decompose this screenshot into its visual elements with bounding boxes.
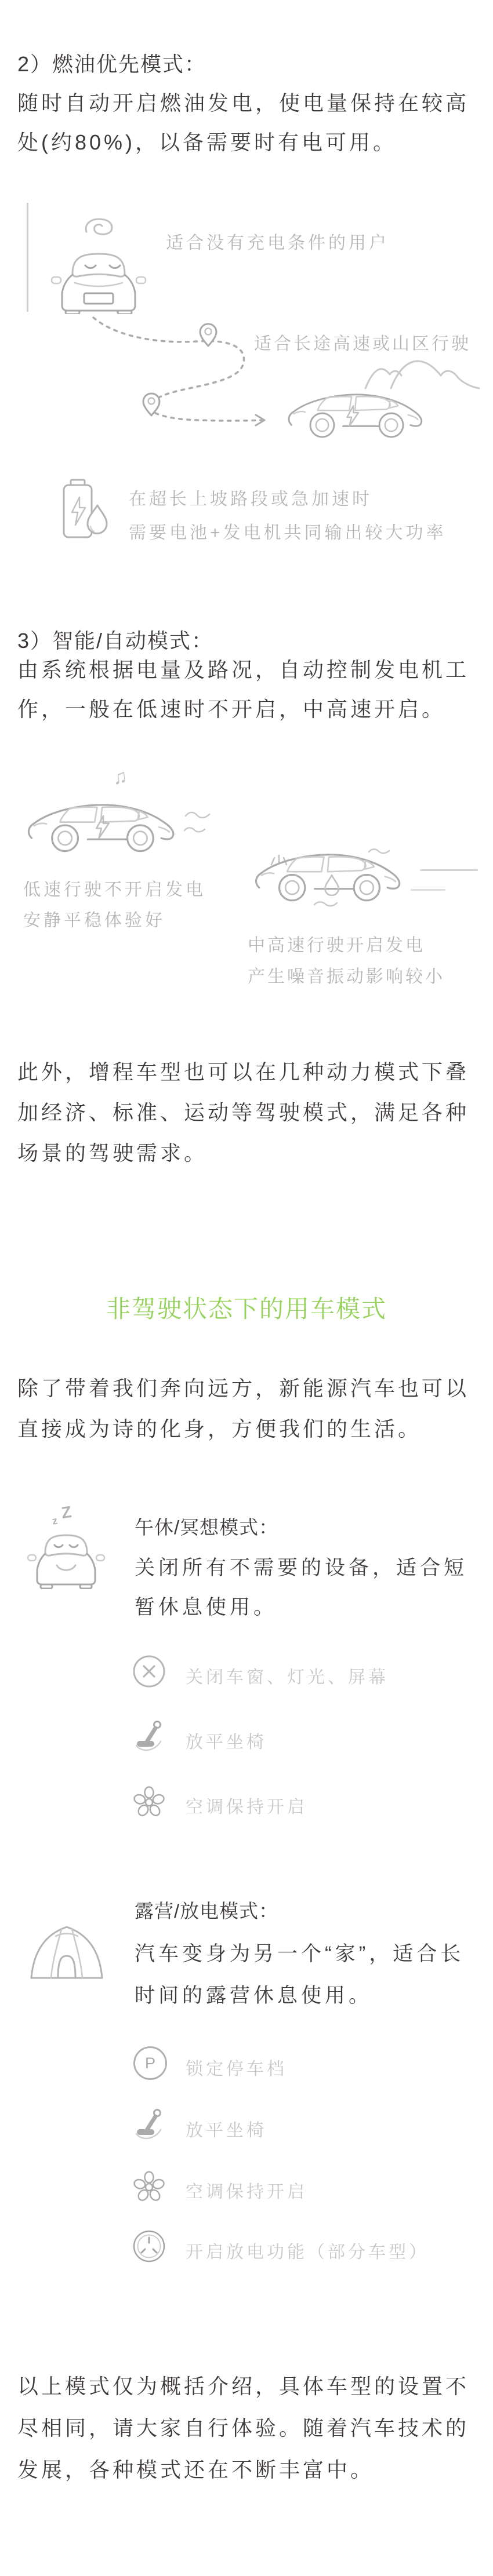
caption-high-speed-line1: 中高速行驶开启发电 — [248, 931, 425, 956]
camping-mode-desc-line1: 汽车变身为另一个“家”，适合长 — [135, 1938, 464, 1967]
sleep-swirl-icon — [83, 217, 114, 238]
nap-mode-title: 午休/冥想模式： — [135, 1513, 278, 1540]
parking-icon: P — [133, 2046, 167, 2080]
socket-icon — [132, 2229, 166, 2263]
fuel-drop-icon — [324, 874, 340, 896]
nap-mode-desc-line1: 关闭所有不需要的设备，适合短 — [135, 1552, 467, 1581]
sleep-z-icon: z — [51, 1514, 59, 1527]
exhaust-squiggle-icon — [184, 810, 211, 818]
seat-icon — [132, 1719, 166, 1753]
camping-mode-desc-line2: 时间的露营休息使用。 — [135, 1980, 372, 2009]
closing-para-line3: 发展，各种模式还在不断丰富中。 — [17, 2454, 374, 2483]
sleep-z-icon: Z — [60, 1503, 72, 1522]
nap-mode-desc-line2: 暂休息使用。 — [135, 1591, 277, 1620]
closing-para-line2: 尽相同，请大家自行体验。随着汽车技术的 — [17, 2412, 469, 2442]
camping-item-label: 放平坐椅 — [186, 2116, 267, 2141]
extra-para-line1: 此外，增程车型也可以在几种动力模式下叠 — [17, 1056, 469, 1085]
nap-item-label: 空调保持开启 — [186, 1792, 307, 1818]
vibration-squiggle-icon — [313, 899, 339, 908]
camping-item-label: 锁定停车档 — [186, 2054, 287, 2080]
music-note-icon: ♫ — [111, 765, 129, 789]
fan-icon — [132, 2169, 166, 2203]
tent-icon — [26, 1919, 108, 1983]
caption-low-speed-line1: 低速行驶不开启发电 — [23, 875, 206, 901]
ev-car-side-icon — [286, 388, 427, 440]
caption-high-speed-line2: 产生噪音振动影响较小 — [248, 962, 445, 988]
sleeping-car-front-icon — [49, 247, 148, 314]
caption-low-speed-line2: 安静平稳体验好 — [23, 906, 165, 931]
fuel-priority-para-line1: 随时自动开启燃油发电，使电量保持在较高 — [17, 87, 469, 116]
non-driving-intro-line2: 直接成为诗的化身，方便我们的生活。 — [17, 1413, 422, 1442]
speed-line — [411, 889, 445, 891]
article-page: 2）燃油优先模式： 随时自动开启燃油发电，使电量保持在较高 处(约80%)，以备… — [0, 0, 493, 2576]
divider-line — [27, 203, 28, 312]
non-driving-intro-line1: 除了带着我们奔向远方，新能源汽车也可以 — [17, 1372, 469, 1402]
extra-para-line2: 加经济、标准、运动等驾驶模式，满足各种 — [17, 1096, 469, 1126]
close-circle-icon — [132, 1655, 166, 1688]
fuel-priority-para-line2: 处(约80%)，以备需要时有电可用。 — [17, 126, 397, 156]
seat-icon — [132, 2108, 166, 2141]
smart-auto-para-line2: 作，一般在低速时不开启，中高速开启。 — [17, 693, 445, 723]
caption-power-line2: 需要电池+发电机共同输出较大功率 — [129, 518, 447, 544]
exhaust-squiggle-icon — [183, 825, 206, 833]
non-driving-heading: 非驾驶状态下的用车模式 — [0, 1290, 493, 1325]
smart-auto-heading: 3）智能/自动模式： — [17, 625, 213, 654]
closing-para-line1: 以上模式仅为概括介绍，具体车型的设置不 — [17, 2370, 469, 2400]
nap-item-label: 放平坐椅 — [186, 1728, 267, 1753]
low-speed-car-icon — [26, 797, 180, 854]
caption-power-line1: 在超长上坡路段或急加速时 — [129, 484, 372, 510]
smart-auto-para-line1: 由系统根据电量及路况，自动控制发电机工 — [17, 654, 469, 683]
parking-badge-letter: P — [145, 2054, 155, 2072]
mountains-icon — [364, 347, 487, 389]
nap-item-label: 关闭车窗、灯光、屏幕 — [186, 1663, 389, 1688]
camping-mode-title: 露营/放电模式： — [135, 1896, 278, 1923]
extra-para-line3: 场景的驾驶需求。 — [17, 1137, 208, 1167]
camping-item-label: 开启放电功能（部分车型） — [186, 2238, 429, 2263]
napping-car-icon — [27, 1529, 106, 1589]
fan-icon — [132, 1784, 166, 1818]
speed-line — [420, 869, 478, 871]
caption-no-charging: 适合没有充电条件的用户 — [166, 228, 389, 254]
battery-drop-icon — [53, 479, 111, 542]
fuel-priority-heading: 2）燃油优先模式： — [17, 48, 206, 78]
route-path-icon — [49, 310, 281, 433]
camping-item-label: 空调保持开启 — [186, 2177, 307, 2203]
